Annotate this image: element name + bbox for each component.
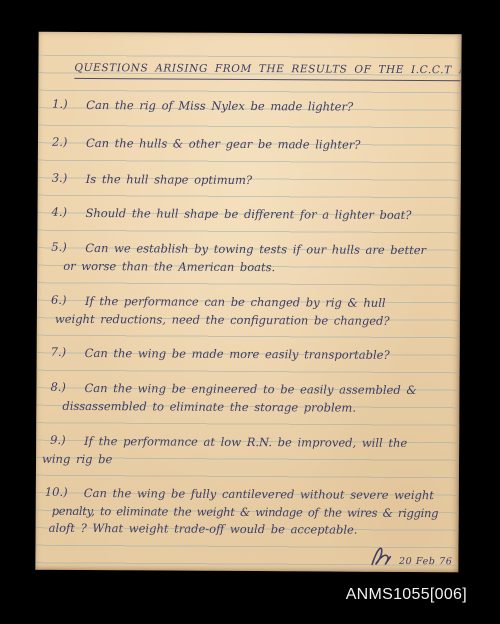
question-number: 10.) — [45, 485, 68, 499]
question-row: 5.) Can we establish by towing tests if … — [37, 240, 460, 278]
signature-date: 20 Feb 76 — [399, 556, 452, 567]
question-line: dissassembled to eliminate the storage p… — [62, 397, 459, 417]
question-number: 1.) — [52, 97, 68, 111]
question-line: weight reductions, need the configuratio… — [55, 310, 460, 330]
signature-initials-icon — [370, 545, 396, 567]
question-row: 8.) Can the wing be engineered to be eas… — [36, 380, 459, 418]
paper-sheet: QUESTIONS ARISING FROM THE RESULTS OF TH… — [35, 32, 461, 573]
question-line: Can we establish by towing tests if our … — [85, 240, 460, 260]
question-line: If the performance at low R.N. be improv… — [84, 433, 459, 453]
question-row: 3.) Is the hull shape optimum? — [38, 171, 461, 191]
question-number: 3.) — [52, 171, 68, 185]
question-number: 9.) — [50, 433, 66, 447]
question-line: Can the hulls & other gear be made light… — [86, 135, 461, 155]
question-line: Can the wing be made more easily transpo… — [85, 345, 460, 365]
question-row: 9.) If the performance at low R.N. be im… — [36, 433, 459, 471]
question-line: aloft ? What weight trade-off would be a… — [49, 520, 459, 540]
question-number: 7.) — [51, 345, 67, 359]
question-line: If the performance can be changed by rig… — [85, 293, 460, 313]
question-row: 10.) Can the wing be fully cantilevered … — [36, 485, 459, 540]
question-row: 6.) If the performance can be changed by… — [37, 293, 460, 331]
signature: 20 Feb 76 — [370, 545, 453, 568]
question-line: wing rig be — [42, 450, 459, 470]
question-number: 6.) — [51, 293, 67, 307]
catalog-label: ANMS1055[006] — [346, 586, 467, 604]
question-number: 4.) — [52, 205, 68, 219]
question-number: 2.) — [52, 135, 68, 149]
question-line: or worse than the American boats. — [63, 257, 460, 277]
question-line: Can the rig of Miss Nylex be made lighte… — [86, 97, 461, 117]
question-number: 8.) — [50, 380, 66, 394]
question-line: Should the hull shape be different for a… — [85, 205, 460, 225]
artifact-photo: QUESTIONS ARISING FROM THE RESULTS OF TH… — [0, 0, 500, 624]
question-row: 4.) Should the hull shape be different f… — [37, 205, 460, 225]
question-row: 1.) Can the rig of Miss Nylex be made li… — [38, 97, 461, 117]
question-line: Can the wing be fully cantilevered witho… — [84, 485, 459, 505]
question-line: Can the wing be engineered to be easily … — [84, 380, 459, 400]
question-line: Is the hull shape optimum? — [86, 171, 461, 191]
question-number: 5.) — [51, 240, 67, 254]
question-row: 2.) Can the hulls & other gear be made l… — [38, 135, 461, 155]
question-row: 7.) Can the wing be made more easily tra… — [37, 345, 460, 365]
document-title: QUESTIONS ARISING FROM THE RESULTS OF TH… — [74, 62, 460, 81]
